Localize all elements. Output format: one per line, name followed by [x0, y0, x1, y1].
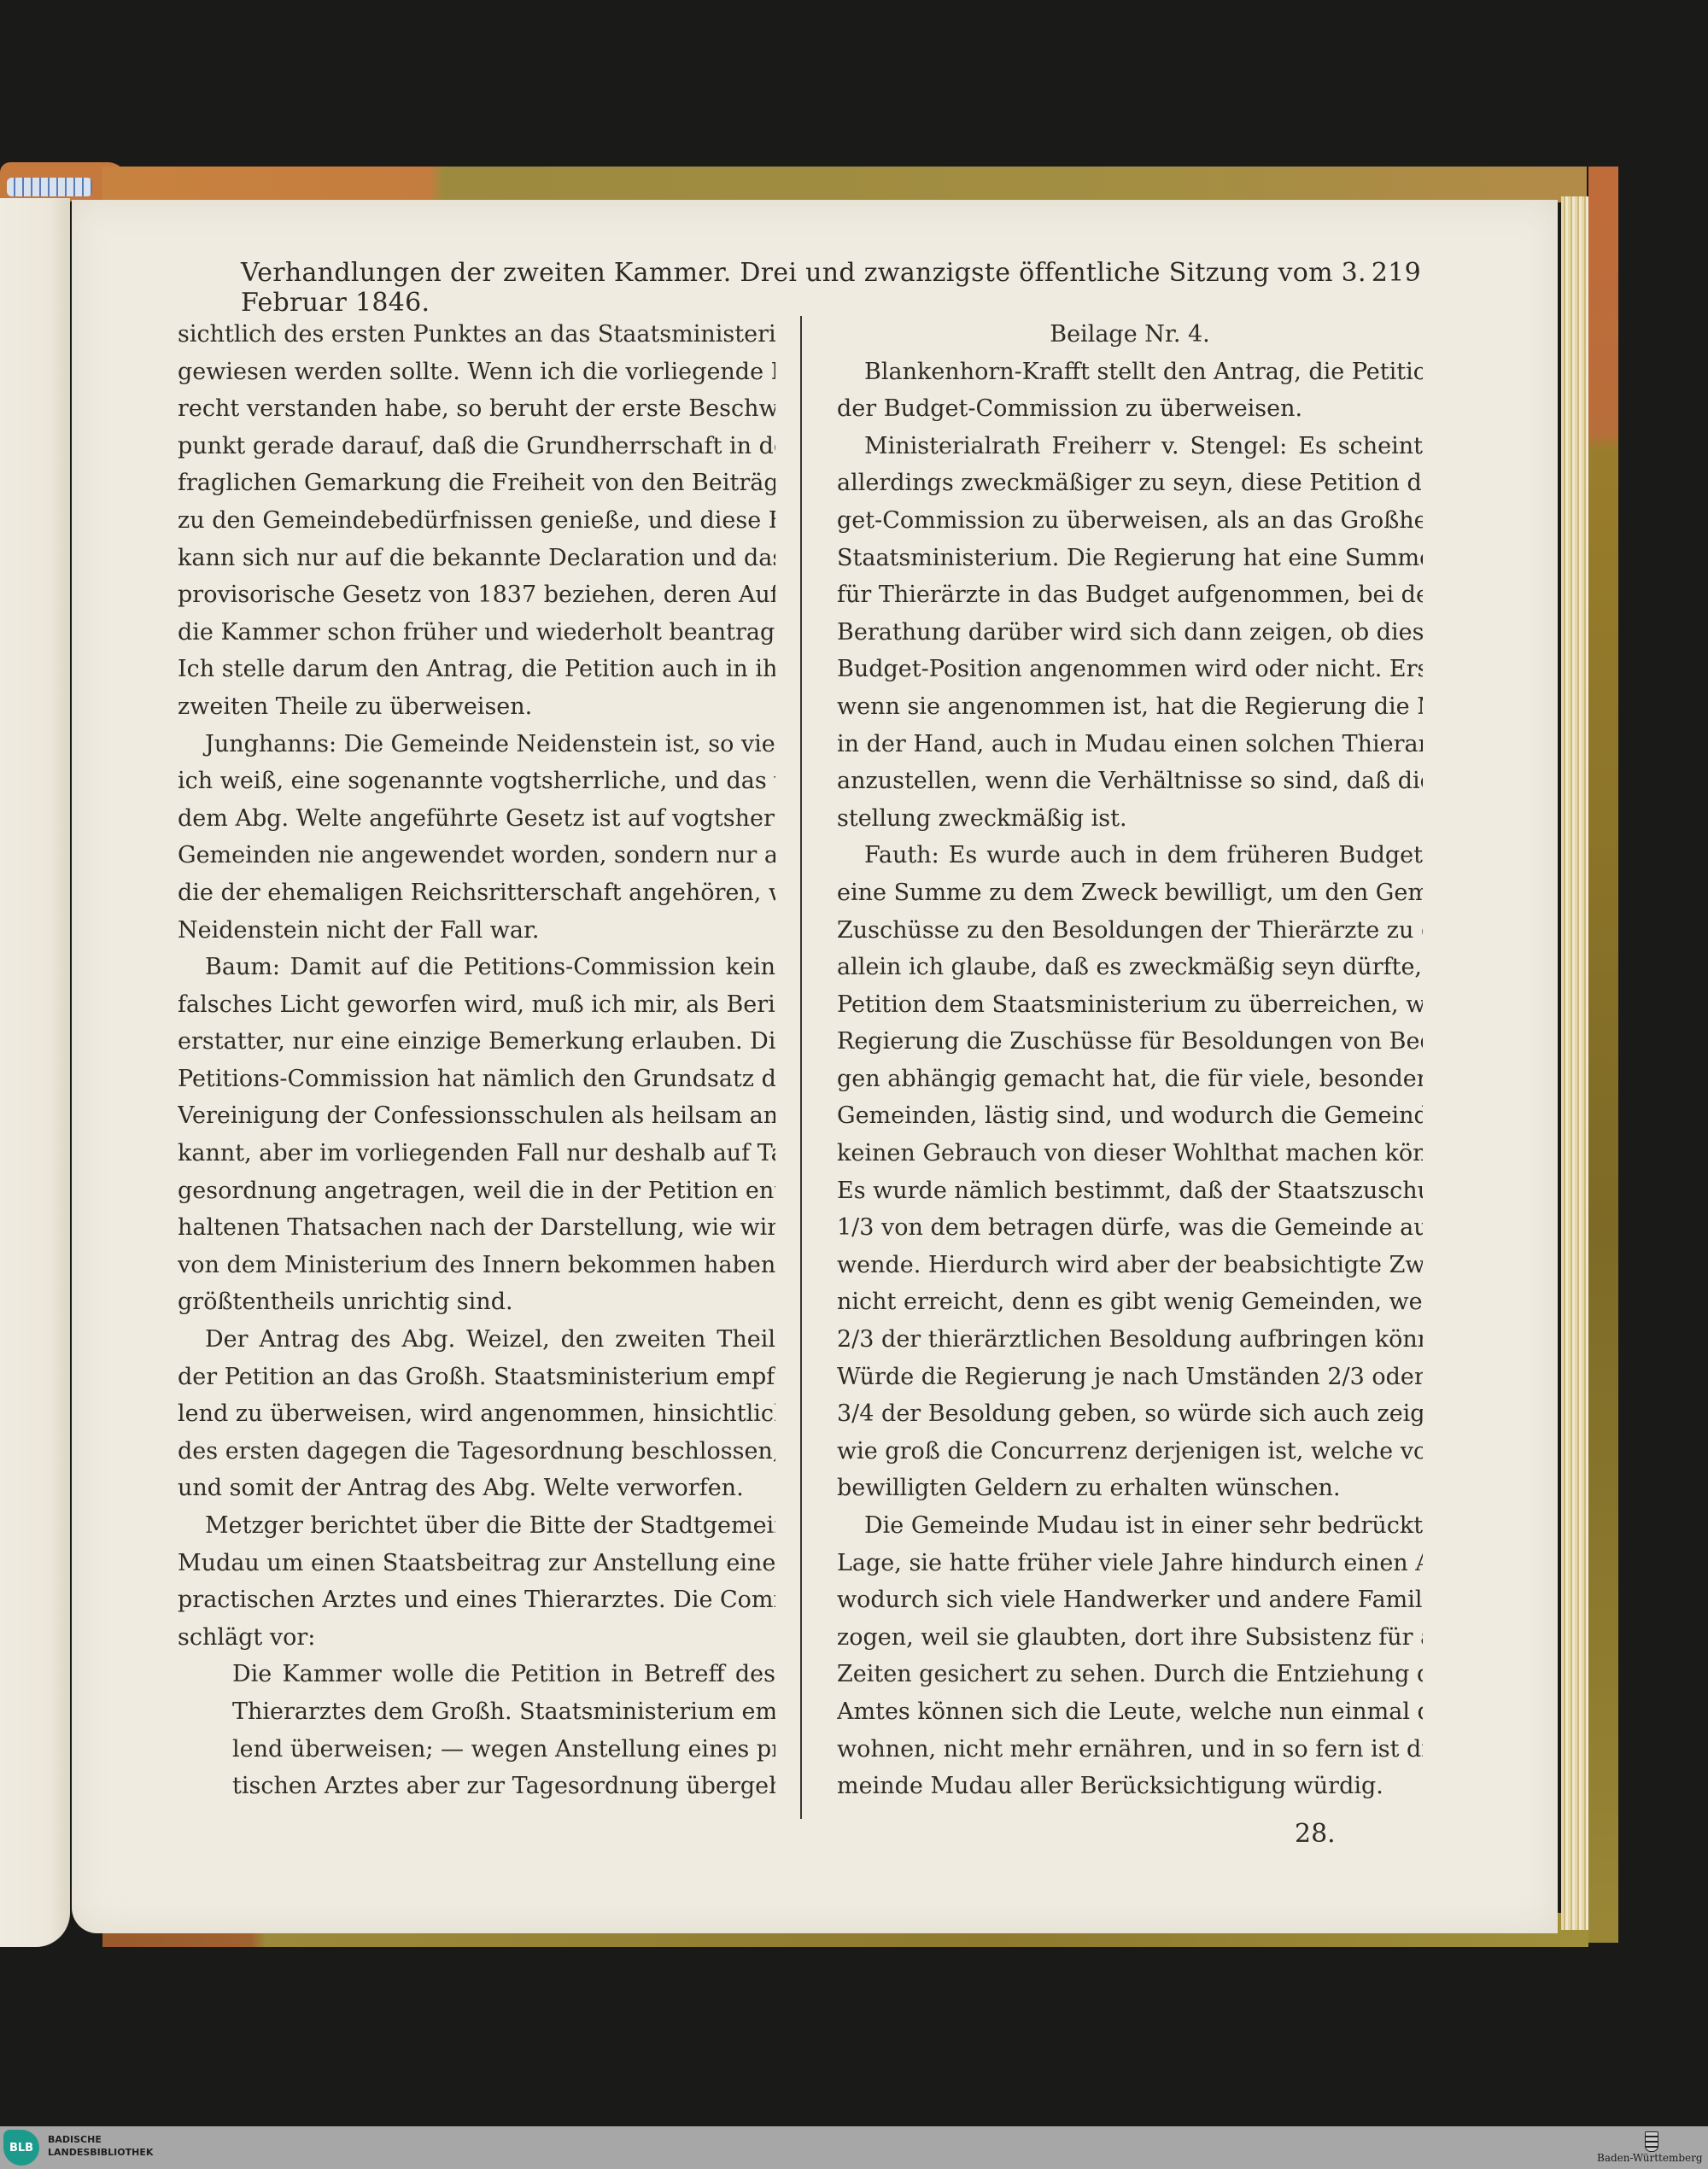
text-line: keinen Gebrauch von dieser Wohlthat mach… [837, 1135, 1423, 1172]
appendix-heading: Beilage Nr. 4. [837, 316, 1423, 354]
text-line: zogen, weil sie glaubten, dort ihre Subs… [837, 1619, 1423, 1657]
text-line: Fauth: Es wurde auch in dem früheren Bud… [837, 837, 1423, 874]
library-name[interactable]: BADISCHE LANDESBIBLIOTHEK [48, 2133, 153, 2159]
text-line: Der Antrag des Abg. Weizel, den zweiten … [178, 1321, 775, 1359]
text-line: dem Abg. Welte angeführte Gesetz ist auf… [178, 800, 775, 838]
text-line: Gemeinden nie angewendet worden, sondern… [178, 837, 775, 874]
text-line: Ministerialrath Freiherr v. Stengel: Es … [837, 428, 1423, 465]
library-name-line2: LANDESBIBLIOTHEK [48, 2146, 153, 2159]
text-line: 3/4 der Besoldung geben, so würde sich a… [837, 1395, 1423, 1433]
text-line: kannt, aber im vorliegenden Fall nur des… [178, 1135, 775, 1172]
left-column: sichtlich des ersten Punktes an das Staa… [178, 316, 775, 1805]
text-line: Neidenstein nicht der Fall war. [178, 912, 775, 950]
text-line: tischen Arztes aber zur Tagesordnung übe… [178, 1768, 775, 1805]
text-line: gen abhängig gemacht hat, die für viele,… [837, 1061, 1423, 1098]
text-line: meinde Mudau aller Berücksichtigung würd… [837, 1768, 1423, 1805]
text-line: des ersten dagegen die Tagesordnung besc… [178, 1433, 775, 1470]
text-line: zweiten Theile zu überweisen. [178, 688, 775, 726]
text-line: provisorische Gesetz von 1837 beziehen, … [178, 576, 775, 614]
text-line: Vereinigung der Confessionsschulen als h… [178, 1097, 775, 1135]
right-column: Beilage Nr. 4. Blankenhorn-Krafft stellt… [837, 316, 1423, 1805]
text-line: von dem Ministerium des Innern bekommen … [178, 1247, 775, 1284]
footer-bar: BLB BADISCHE LANDESBIBLIOTHEK [0, 2126, 1708, 2169]
book-cover-top-edge [102, 167, 1587, 202]
text-line: Lage, sie hatte früher viele Jahre hindu… [837, 1545, 1423, 1582]
state-name: Baden-Württemberg [1597, 2152, 1703, 2164]
text-line: 2/3 der thierärztlichen Besoldung aufbri… [837, 1321, 1423, 1359]
signature-mark: 28. [1295, 1819, 1336, 1849]
text-line: Staatsministerium. Die Regierung hat ein… [837, 540, 1423, 577]
text-line: Es wurde nämlich bestimmt, daß der Staat… [837, 1172, 1423, 1210]
text-line: get-Commission zu überweisen, als an das… [837, 502, 1423, 540]
text-line: eine Summe zu dem Zweck bewilligt, um de… [837, 874, 1423, 912]
blb-logo-icon[interactable]: BLB [3, 2130, 39, 2166]
text-line: Blankenhorn-Krafft stellt den Antrag, di… [837, 354, 1423, 391]
text-line: punkt gerade darauf, daß die Grundherrsc… [178, 428, 775, 465]
left-page-edge [0, 198, 70, 1947]
text-line: wende. Hierdurch wird aber der beabsicht… [837, 1247, 1423, 1284]
text-line: Gemeinden, lästig sind, und wodurch die … [837, 1097, 1423, 1135]
text-line: Die Gemeinde Mudau ist in einer sehr bed… [837, 1507, 1423, 1545]
text-line: kann sich nur auf die bekannte Declarati… [178, 540, 775, 577]
text-line: erstatter, nur eine einzige Bemerkung er… [178, 1023, 775, 1061]
text-line: die Kammer schon früher und wiederholt b… [178, 614, 775, 652]
text-line: Mudau um einen Staatsbeitrag zur Anstell… [178, 1545, 775, 1582]
text-line: gewiesen werden sollte. Wenn ich die vor… [178, 354, 775, 391]
text-line: stellung zweckmäßig ist. [837, 800, 1423, 838]
text-line: der Budget-Commission zu überweisen. [837, 390, 1423, 428]
text-line: falsches Licht geworfen wird, muß ich mi… [178, 986, 775, 1024]
text-line: Budget-Position angenommen wird oder nic… [837, 651, 1423, 688]
text-line: für Thierärzte in das Budget aufgenommen… [837, 576, 1423, 614]
text-line: Regierung die Zuschüsse für Besoldungen … [837, 1023, 1423, 1061]
text-line: Berathung darüber wird sich dann zeigen,… [837, 614, 1423, 652]
text-line: wodurch sich viele Handwerker und andere… [837, 1581, 1423, 1619]
text-line: ich weiß, eine sogenannte vogtsherrliche… [178, 763, 775, 800]
text-line: größtentheils unrichtig sind. [178, 1283, 775, 1321]
text-line: allein ich glaube, daß es zweckmäßig sey… [837, 949, 1423, 986]
text-line: nicht erreicht, denn es gibt wenig Gemei… [837, 1283, 1423, 1321]
text-line: und somit der Antrag des Abg. Welte verw… [178, 1470, 775, 1507]
text-line: Amtes können sich die Leute, welche nun … [837, 1693, 1423, 1731]
text-line: Petitions-Commission hat nämlich den Gru… [178, 1061, 775, 1098]
text-line: zu den Gemeindebedürfnissen genieße, und… [178, 502, 775, 540]
text-line: wie groß die Concurrenz derjenigen ist, … [837, 1433, 1423, 1470]
text-line: die der ehemaligen Reichsritterschaft an… [178, 874, 775, 912]
text-line: gesordnung angetragen, weil die in der P… [178, 1172, 775, 1210]
column-divider [800, 316, 802, 1819]
library-name-line1: BADISCHE [48, 2133, 153, 2146]
text-line: schlägt vor: [178, 1619, 775, 1657]
text-line: bewilligten Geldern zu erhalten wünschen… [837, 1470, 1423, 1507]
text-line: wohnen, nicht mehr ernähren, und in so f… [837, 1731, 1423, 1769]
text-line: anzustellen, wenn die Verhältnisse so si… [837, 763, 1423, 800]
text-line: wenn sie angenommen ist, hat die Regieru… [837, 688, 1423, 726]
text-line: lend zu überweisen, wird angenommen, hin… [178, 1395, 775, 1433]
text-line: Metzger berichtet über die Bitte der Sta… [178, 1507, 775, 1545]
text-line: Baum: Damit auf die Petitions-Commission… [178, 949, 775, 986]
text-line: practischen Arztes und eines Thierarztes… [178, 1581, 775, 1619]
page-number: 219 [1372, 258, 1421, 288]
text-line: allerdings zweckmäßiger zu seyn, diese P… [837, 465, 1423, 502]
text-line: fraglichen Gemarkung die Freiheit von de… [178, 465, 775, 502]
text-line: Zuschüsse zu den Besoldungen der Thierär… [837, 912, 1423, 950]
text-line: der Petition an das Großh. Staatsministe… [178, 1359, 775, 1396]
text-line: lend überweisen; — wegen Anstellung eine… [178, 1731, 775, 1769]
text-line: Ich stelle darum den Antrag, die Petitio… [178, 651, 775, 688]
coat-of-arms-icon [1645, 2131, 1658, 2152]
text-line: haltenen Thatsachen nach der Darstellung… [178, 1209, 775, 1247]
text-line: Würde die Regierung je nach Umständen 2/… [837, 1359, 1423, 1396]
running-head-title: Verhandlungen der zweiten Kammer. Drei u… [241, 258, 1372, 318]
text-line: recht verstanden habe, so beruht der ers… [178, 390, 775, 428]
spine-label [7, 178, 92, 196]
text-line: Petition dem Staatsministerium zu überre… [837, 986, 1423, 1024]
page-stack-edges [1561, 196, 1588, 1930]
text-line: Die Kammer wolle die Petition in Betreff… [178, 1656, 775, 1693]
book-cover-right-edge [1588, 167, 1618, 1943]
running-head: Verhandlungen der zweiten Kammer. Drei u… [241, 258, 1421, 318]
text-line: Zeiten gesichert zu sehen. Durch die Ent… [837, 1656, 1423, 1693]
text-line: in der Hand, auch in Mudau einen solchen… [837, 726, 1423, 763]
text-line: Junghanns: Die Gemeinde Neidenstein ist,… [178, 726, 775, 763]
text-line: Thierarztes dem Großh. Staatsministerium… [178, 1693, 775, 1731]
text-line: 1/3 von dem betragen dürfe, was die Geme… [837, 1209, 1423, 1247]
text-line: sichtlich des ersten Punktes an das Staa… [178, 316, 775, 354]
